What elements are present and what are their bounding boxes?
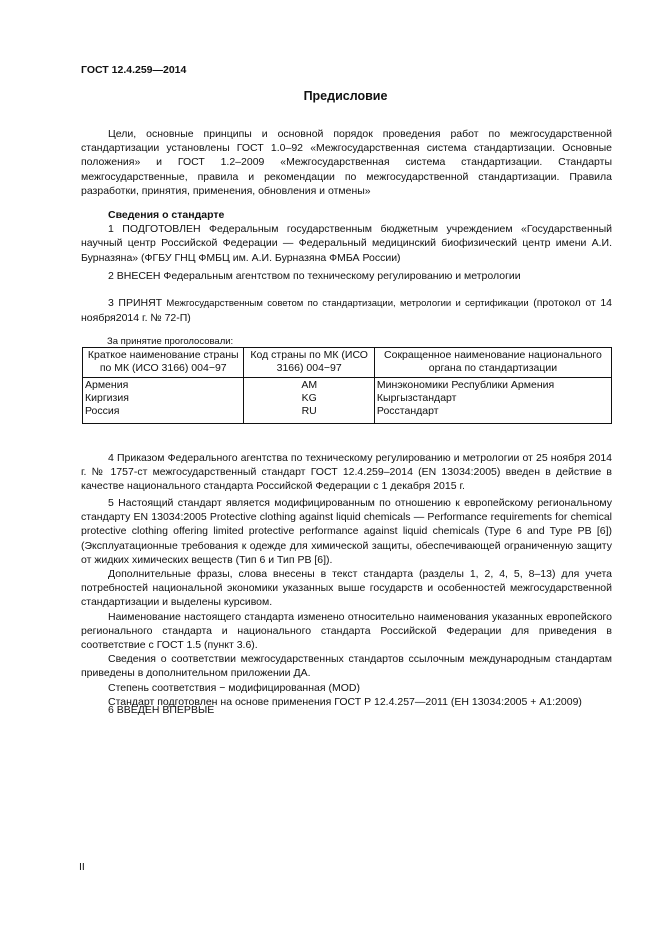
item-5-paragraph-4: Сведения о соответствии межгосударственн…: [81, 652, 612, 680]
info-item-3-lead: 3 ПРИНЯТ: [108, 297, 162, 309]
item-5-paragraph-3: Наименование настоящего стандарта измене…: [81, 610, 612, 653]
standards-body: Росстандарт: [377, 405, 609, 418]
page-title: Предисловие: [0, 89, 661, 103]
item-4-block: 4 Приказом Федерального агентства по тех…: [81, 451, 612, 494]
vote-label: За принятие проголосовали:: [107, 336, 233, 347]
intro-paragraph: Цели, основные принципы и основной поряд…: [81, 127, 612, 198]
country-code: KG: [246, 392, 371, 405]
item-5-paragraph-1: 5 Настоящий стандарт является модифициро…: [81, 496, 612, 567]
item-4-text: 4 Приказом Федерального агентства по тех…: [81, 451, 612, 494]
country-name: Армения: [85, 379, 241, 392]
standards-body: Минэкономики Республики Армения: [377, 379, 609, 392]
info-item-3-block: 3 ПРИНЯТ Межгосударственным советом по с…: [81, 296, 612, 325]
body-cell: Минэкономики Республики Армения Кыргызст…: [374, 378, 611, 424]
info-item-1: 1 ПОДГОТОВЛЕН Федеральным государственны…: [81, 222, 612, 265]
code-cell: AM KG RU: [244, 378, 374, 424]
voting-table: Краткое наименование страны по МК (ИСО 3…: [82, 347, 612, 424]
country-name: Россия: [85, 405, 241, 422]
column-header-code: Код страны по МК (ИСО 3166) 004−97: [244, 348, 374, 378]
page-number: II: [79, 861, 85, 873]
item-5-block: 5 Настоящий стандарт является модифициро…: [81, 496, 612, 709]
column-header-body: Сокращенное наименование национального о…: [374, 348, 611, 378]
document-page: ГОСТ 12.4.259—2014 Предисловие Цели, осн…: [0, 0, 661, 936]
country-name: Киргизия: [85, 392, 241, 405]
country-code: RU: [246, 405, 371, 418]
info-item-2: 2 ВНЕСЕН Федеральным агентством по техни…: [81, 269, 612, 283]
standard-info-heading: Сведения о стандарте: [81, 208, 612, 222]
item-6-text: 6 ВВЕДЕН ВПЕРВЫЕ: [81, 703, 612, 717]
country-code: AM: [246, 379, 371, 392]
item-5-paragraph-5: Степень соответствия − модифицированная …: [81, 681, 612, 695]
item-5-paragraph-2: Дополнительные фразы, слова внесены в те…: [81, 567, 612, 610]
country-cell: Армения Киргизия Россия: [83, 378, 244, 424]
item-6-block: 6 ВВЕДЕН ВПЕРВЫЕ: [81, 703, 612, 717]
column-header-country: Краткое наименование страны по МК (ИСО 3…: [83, 348, 244, 378]
standard-info-section: Сведения о стандарте 1 ПОДГОТОВЛЕН Федер…: [81, 208, 612, 265]
voting-table-header-row: Краткое наименование страны по МК (ИСО 3…: [83, 348, 612, 378]
voting-table-body: Армения Киргизия Россия AM KG RU Минэкон…: [83, 378, 612, 424]
info-item-3: 3 ПРИНЯТ Межгосударственным советом по с…: [81, 296, 612, 325]
intro-text: Цели, основные принципы и основной поряд…: [81, 127, 612, 198]
info-item-2-block: 2 ВНЕСЕН Федеральным агентством по техни…: [81, 269, 612, 283]
document-code-header: ГОСТ 12.4.259—2014: [81, 64, 186, 76]
standards-body: Кыргызстандарт: [377, 392, 609, 405]
info-item-3-body: Межгосударственным советом по стандартиз…: [162, 298, 529, 309]
